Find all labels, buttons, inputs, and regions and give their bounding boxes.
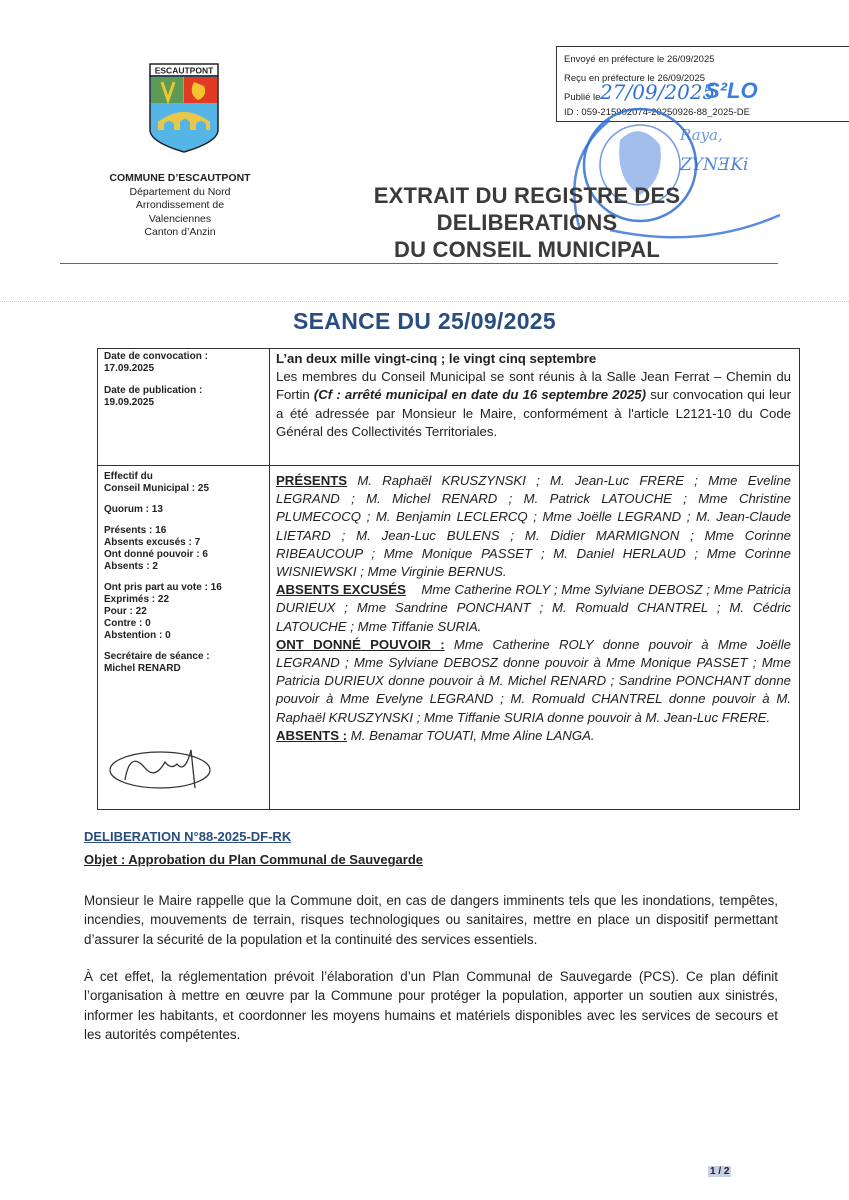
session-intro-cell: L’an deux mille vingt-cinq ; le vingt ci… bbox=[276, 350, 791, 441]
pouvoir-label: ONT DONNÉ POUVOIR : bbox=[276, 637, 445, 652]
commune-line: Département du Nord bbox=[90, 186, 270, 200]
svg-text:ESCAUTPONT: ESCAUTPONT bbox=[155, 66, 214, 76]
attendance-cell: PRÉSENTS M. Raphaël KRUSZYNSKI ; M. Jean… bbox=[276, 472, 791, 745]
secretaire-label: Secrétaire de séance : bbox=[104, 651, 264, 663]
seance-heading: SEANCE DU 25/09/2025 bbox=[0, 308, 849, 335]
stamp-envoye: Envoyé en préfecture le 26/09/2025 bbox=[564, 54, 715, 65]
stat-vote: Ont pris part au vote : 16 bbox=[104, 582, 264, 594]
document-title: EXTRAIT DU REGISTRE DES DELIBERATIONS DU… bbox=[282, 182, 772, 263]
stat-abstention: Abstention : 0 bbox=[104, 630, 264, 642]
convocation-cell: Date de convocation : 17.09.2025 Date de… bbox=[104, 351, 264, 409]
intro-arrete-ref: (Cf : arrêté municipal en date du 16 sep… bbox=[314, 387, 646, 402]
stat-absents-excuses: Absents excusés : 7 bbox=[104, 537, 264, 549]
session-date-line: L’an deux mille vingt-cinq ; le vingt ci… bbox=[276, 350, 791, 368]
title-line-2: DU CONSEIL MUNICIPAL bbox=[282, 236, 772, 263]
publication-date: 19.09.2025 bbox=[104, 397, 264, 409]
absents-label: ABSENTS : bbox=[276, 728, 347, 743]
convocation-label: Date de convocation : bbox=[104, 351, 264, 363]
svg-text:ZYNƎKi: ZYNƎKi bbox=[679, 155, 748, 175]
secretary-signature-icon bbox=[105, 740, 225, 800]
pouvoir-paragraph: ONT DONNÉ POUVOIR : Mme Catherine ROLY d… bbox=[276, 636, 791, 727]
table-row-divider bbox=[97, 465, 800, 466]
presents-label: PRÉSENTS bbox=[276, 473, 347, 488]
header-divider bbox=[60, 263, 778, 264]
commune-block: COMMUNE D’ESCAUTPONT Département du Nord… bbox=[90, 172, 270, 240]
scan-artifact-line bbox=[0, 301, 849, 302]
convocation-date: 17.09.2025 bbox=[104, 363, 264, 375]
stat-contre: Contre : 0 bbox=[104, 618, 264, 630]
commune-line: Valenciennes bbox=[90, 213, 270, 227]
table-column-divider bbox=[269, 348, 270, 810]
stat-effectif: Conseil Municipal : 25 bbox=[104, 483, 264, 495]
session-intro-text: Les membres du Conseil Municipal se sont… bbox=[276, 368, 791, 441]
stat-absents: Absents : 2 bbox=[104, 561, 264, 573]
deliberation-object: Objet : Approbation du Plan Communal de … bbox=[84, 852, 423, 867]
stat-pouvoir: Ont donné pouvoir : 6 bbox=[104, 549, 264, 561]
stat-effectif-label: Effectif du bbox=[104, 471, 264, 483]
secretaire-name: Michel RENARD bbox=[104, 663, 264, 675]
page-number: 1 / 2 bbox=[708, 1166, 731, 1177]
stat-presents: Présents : 16 bbox=[104, 525, 264, 537]
stat-pour: Pour : 22 bbox=[104, 606, 264, 618]
title-line-1: EXTRAIT DU REGISTRE DES DELIBERATIONS bbox=[282, 182, 772, 236]
svg-text:Raya,: Raya, bbox=[679, 126, 723, 144]
publication-label: Date de publication : bbox=[104, 385, 264, 397]
deliberation-number: DELIBERATION N°88-2025-DF-RK bbox=[84, 829, 291, 844]
stat-exprimes: Exprimés : 22 bbox=[104, 594, 264, 606]
body-paragraph: Monsieur le Maire rappelle que la Commun… bbox=[84, 891, 778, 949]
commune-line: Canton d’Anzin bbox=[90, 226, 270, 240]
excuses-paragraph: ABSENTS EXCUSÉS Mme Catherine ROLY ; Mme… bbox=[276, 581, 791, 636]
absents-paragraph: ABSENTS : M. Benamar TOUATI, Mme Aline L… bbox=[276, 727, 791, 745]
presents-list: M. Raphaël KRUSZYNSKI ; M. Jean-Luc FRER… bbox=[276, 473, 791, 579]
body-paragraph: À cet effet, la réglementation prévoit l… bbox=[84, 967, 778, 1044]
excuses-label: ABSENTS EXCUSÉS bbox=[276, 582, 406, 597]
escautpont-coat-of-arms-icon: ESCAUTPONT bbox=[148, 62, 220, 154]
presents-paragraph: PRÉSENTS M. Raphaël KRUSZYNSKI ; M. Jean… bbox=[276, 472, 791, 581]
commune-line: Arrondissement de bbox=[90, 199, 270, 213]
absents-list: M. Benamar TOUATI, Mme Aline LANGA. bbox=[351, 728, 595, 743]
stat-quorum: Quorum : 13 bbox=[104, 504, 264, 516]
commune-name: COMMUNE D’ESCAUTPONT bbox=[90, 172, 270, 186]
vote-stats-cell: Effectif du Conseil Municipal : 25 Quoru… bbox=[104, 471, 264, 675]
